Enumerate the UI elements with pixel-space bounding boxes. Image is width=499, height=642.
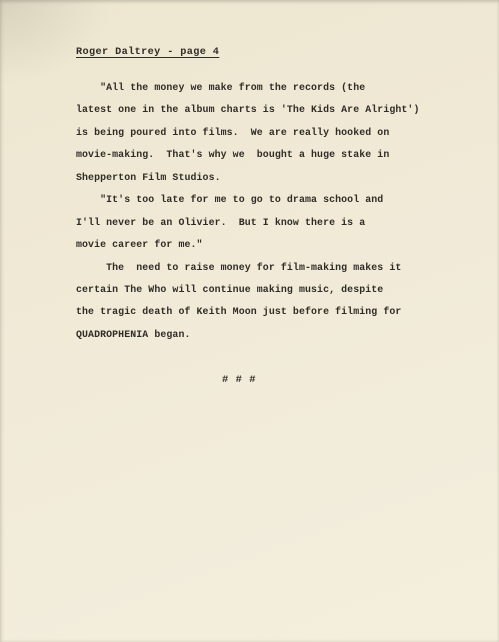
text-line: the tragic death of Keith Moon just befo… bbox=[76, 301, 476, 323]
text-line: "All the money we make from the records … bbox=[76, 77, 476, 99]
text-line: "It's too late for me to go to drama sch… bbox=[76, 189, 476, 211]
end-mark: # # # bbox=[222, 374, 256, 386]
text-line: Shepperton Film Studios. bbox=[76, 167, 476, 189]
text-line: movie career for me." bbox=[76, 234, 476, 256]
text-line: is being poured into films. We are reall… bbox=[76, 122, 476, 144]
document-lines: "All the money we make from the records … bbox=[76, 77, 476, 346]
text-line: The need to raise money for film-making … bbox=[76, 257, 476, 279]
text-line: I'll never be an Olivier. But I know the… bbox=[76, 212, 476, 234]
page-title: Roger Daltrey - page 4 bbox=[76, 47, 219, 58]
text-line: movie-making. That's why we bought a hug… bbox=[76, 144, 476, 166]
text-line: latest one in the album charts is 'The K… bbox=[76, 99, 476, 121]
text-line: QUADROPHENIA began. bbox=[76, 324, 476, 346]
text-line: certain The Who will continue making mus… bbox=[76, 279, 476, 301]
